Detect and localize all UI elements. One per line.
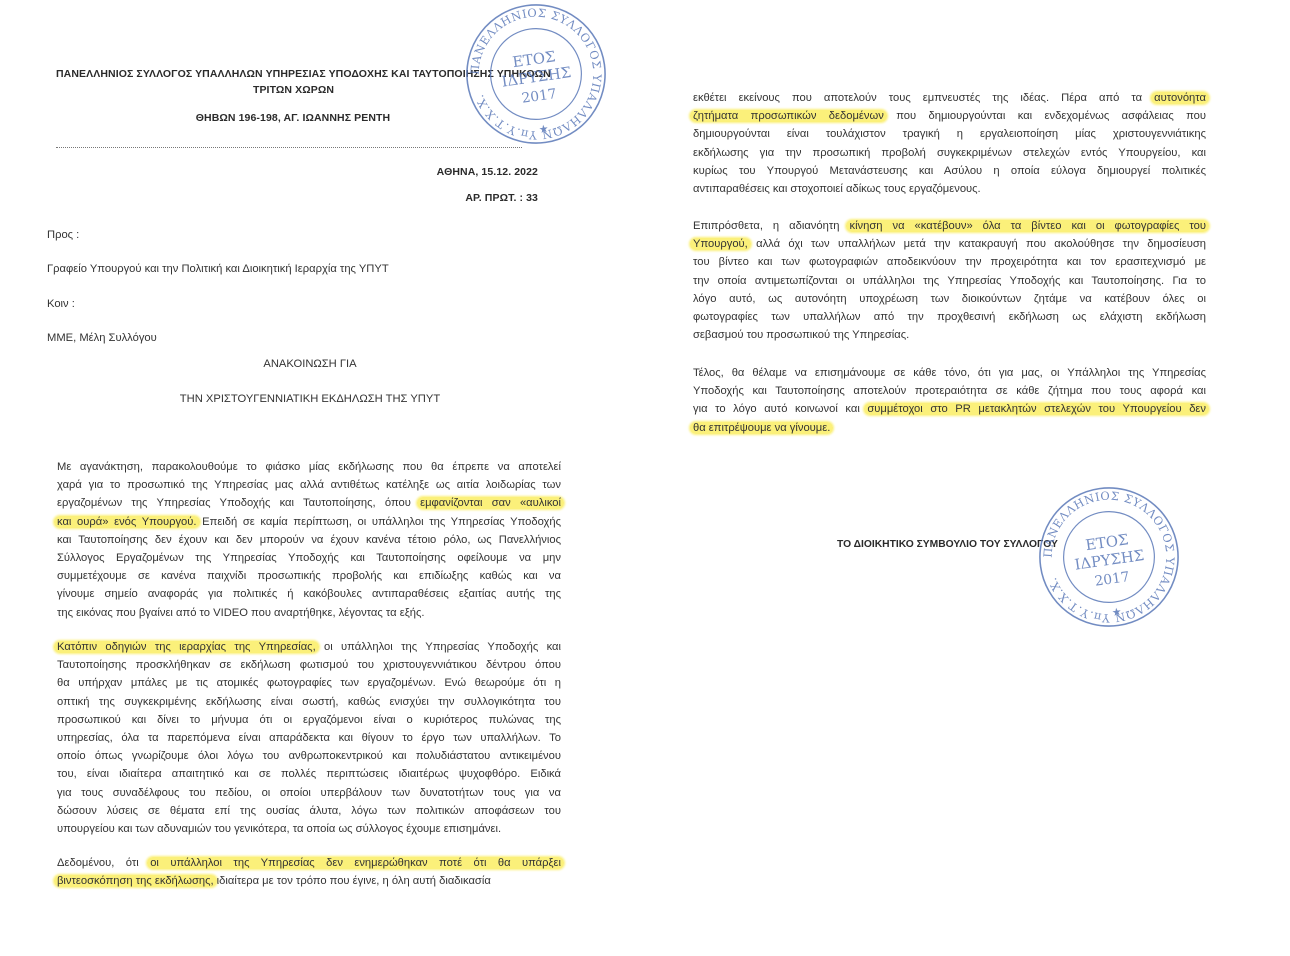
highlighted-text: ζητήματα προσωπικών δεδομένων — [690, 110, 887, 122]
body-paragraph-1: Με αγανάκτηση, παρακολουθούμε το φιάσκο … — [57, 458, 561, 622]
text-line: για τους συναδέλφους του πεδίου, οι οποί… — [57, 784, 561, 802]
text-line: φωτογραφίες των υπαλλήλων από την προχθε… — [693, 308, 1206, 326]
association-stamp: ΠΑΝΕΛΛΗΝΙΟΣ ΣΥΛΛΟΓΟΣ ΥΠΑΛΛΗΛΩΝ Υπ.Υ.Τ.Χ.… — [462, 0, 610, 148]
text-line: Ταυτοποίησης προσκλήθηκαν σε εκδήλωση φω… — [57, 656, 561, 674]
text-line: ζητήματα προσωπικών δεδομένων που δημιου… — [693, 107, 1206, 125]
stamp-icon: ΠΑΝΕΛΛΗΝΙΟΣ ΣΥΛΛΟΓΟΣ ΥΠΑΛΛΗΛΩΝ Υπ.Υ.Τ.Χ.… — [1035, 483, 1183, 631]
text-line: και Ταυτοποίησης δεν έχουν και δεν μπορο… — [57, 531, 561, 549]
body-paragraph-2: Κατόπιν οδηγιών της ιεραρχίας της Υπηρεσ… — [57, 638, 561, 838]
text-line: Υπουργού, αλλά όχι των υπαλλήλων μετά τη… — [693, 235, 1206, 253]
text-line: και ουρά» ενός Υπουργού. Επειδή σε καμία… — [57, 513, 561, 531]
highlighted-text: Κατόπιν οδηγιών της ιεραρχίας της Υπηρεσ… — [54, 641, 319, 653]
text-line: υπηρεσίας, όλα τα παρεπόμενα είναι απαρά… — [57, 729, 561, 747]
text-line: της εικόνας που βγαίνει από το VIDEO που… — [57, 604, 561, 622]
highlighted-text: οι υπάλληλοι της Υπηρεσίας δεν ενημερώθη… — [147, 857, 564, 869]
announcement-subtitle: ΤΗΝ ΧΡΙΣΤΟΥΓΕΝΝΙΑΤΙΚΗ ΕΚΔΗΛΩΣΗ ΤΗΣ ΥΠΥΤ — [0, 393, 620, 405]
to-value: Γραφείο Υπουργού και την Πολιτική και Δι… — [47, 263, 389, 275]
text-line: Με αγανάκτηση, παρακολουθούμε το φιάσκο … — [57, 458, 561, 476]
highlighted-text: αυτονόητα — [1151, 92, 1209, 104]
text-line: θα επιτρέψουμε να γίνουμε. — [693, 419, 1206, 437]
cc-value: ΜΜΕ, Μέλη Συλλόγου — [47, 332, 157, 344]
text-line: αντιπαραθέσεις και στοχοποιεί αδίκως του… — [693, 180, 1206, 198]
page-2: εκθέτει εκείνους που αποτελούν τους εμπν… — [645, 0, 1290, 956]
highlighted-text: κίνηση να «κατέβουν» όλα τα βίντεο και ο… — [846, 220, 1209, 232]
text-line: γίνουμε σημείο αναφοράς για πολιτικές ή … — [57, 585, 561, 603]
svg-text:2017: 2017 — [521, 86, 558, 107]
body-paragraph-6: Τέλος, θα θέλαμε να επισημάνουμε σε κάθε… — [693, 364, 1206, 437]
text-line: υπουργείου και των αδυναμιών του γενικότ… — [57, 820, 561, 838]
text-line: του βίντεο και των φωτογραφιών αποδεικνύ… — [693, 253, 1206, 271]
announcement-title: ΑΝΑΚΟΙΝΩΣΗ ΓΙΑ — [0, 358, 620, 370]
text-line: Επιπρόσθετα, η αδιανόητη κίνηση να «κατέ… — [693, 217, 1206, 235]
highlighted-text: και ουρά» ενός Υπουργού. — [54, 516, 200, 528]
body-paragraph-3: Δεδομένου, ότι οι υπάλληλοι της Υπηρεσία… — [57, 854, 561, 890]
stamp-icon: ΠΑΝΕΛΛΗΝΙΟΣ ΣΥΛΛΟΓΟΣ ΥΠΑΛΛΗΛΩΝ Υπ.Υ.Τ.Χ.… — [462, 0, 610, 148]
text-line: εκδήλωσης για την προσωπική προβολή συγκ… — [693, 144, 1206, 162]
signature-board: ΤΟ ΔΙΟΙΚΗΤΙΚΟ ΣΥΜΒΟΥΛΙΟ ΤΟΥ ΣΥΛΛΟΓΟΥ — [837, 539, 1058, 550]
text-line: δώσουν λύσεις σε θέματα επί της ουσίας ά… — [57, 802, 561, 820]
body-paragraph-4: εκθέτει εκείνους που αποτελούν τους εμπν… — [693, 89, 1206, 198]
cc-label: Κοιν : — [47, 298, 75, 310]
text-line: λόγο αυτό, ως αυτονόητη υποχρέωση των δι… — [693, 290, 1206, 308]
highlighted-text: βιντεοσκόπηση της εκδήλωσης, — [54, 875, 217, 887]
text-line: σεβασμού του προσωπικού της Υπηρεσίας. — [693, 326, 1206, 344]
text-line: Τέλος, θα θέλαμε να επισημάνουμε σε κάθε… — [693, 364, 1206, 382]
text-line: για το λόγο αυτό κοινωνοί και συμμέτοχοι… — [693, 400, 1206, 418]
svg-text:ΙΔΡΥΣΗΣ: ΙΔΡΥΣΗΣ — [501, 64, 573, 91]
highlighted-text: εμφανίζονται σαν «αυλικοί — [417, 497, 564, 509]
letter-date: ΑΘΗΝΑ, 15.12. 2022 — [437, 166, 538, 178]
dotted-divider — [56, 147, 522, 148]
text-line: θα υπήρχαν μπάλες με τις ατομικές φωτογρ… — [57, 674, 561, 692]
svg-text:2017: 2017 — [1094, 569, 1131, 590]
highlighted-text: συμμέτοχοι στο PR μετακλητών στελεχών το… — [864, 403, 1209, 415]
svg-text:ΙΔΡΥΣΗΣ: ΙΔΡΥΣΗΣ — [1074, 547, 1146, 574]
text-line: κυρίως του Υπουργού Μετανάστευσης και Ασ… — [693, 162, 1206, 180]
text-line: δημιουργούνται είναι τουλάχιστον τραγική… — [693, 125, 1206, 143]
text-line: Δεδομένου, ότι οι υπάλληλοι της Υπηρεσία… — [57, 854, 561, 872]
body-paragraph-5: Επιπρόσθετα, η αδιανόητη κίνηση να «κατέ… — [693, 217, 1206, 344]
highlighted-text: Υπουργού, — [690, 238, 751, 250]
association-stamp-signature: ΠΑΝΕΛΛΗΝΙΟΣ ΣΥΛΛΟΓΟΣ ΥΠΑΛΛΗΛΩΝ Υπ.Υ.Τ.Χ.… — [1035, 483, 1183, 631]
text-line: την οποία αντιμετωπίζονται οι υπάλληλοι … — [693, 272, 1206, 290]
protocol-number: ΑΡ. ΠΡΩΤ. : 33 — [465, 192, 538, 204]
page-1: ΠΑΝΕΛΛΗΝΙΟΣ ΣΥΛΛΟΓΟΣ ΥΠΑΛΛΗΛΩΝ ΥΠΗΡΕΣΙΑΣ… — [0, 0, 640, 956]
to-label: Προς : — [47, 229, 79, 241]
text-line: συμμετέχουμε σε κανένα παιχνίδι προσωπικ… — [57, 567, 561, 585]
svg-text:★: ★ — [538, 122, 550, 136]
text-line: Υποδοχής και Ταυτοποίησης αποτελούν προτ… — [693, 382, 1206, 400]
text-line: οπτική της συγκεκριμένης εκδήλωσης είναι… — [57, 693, 561, 711]
text-line: του, είναι ιδιαίτερα απαιτητικό και σε π… — [57, 765, 561, 783]
text-line: βιντεοσκόπηση της εκδήλωσης, ιδιαίτερα μ… — [57, 872, 561, 890]
text-line: χαρά για το προσωπικό της Υπηρεσίας μας … — [57, 476, 561, 494]
text-line: προσωπικού και δίνει το μήνυμα ότι οι ερ… — [57, 711, 561, 729]
text-line: Σύλλογος Εργαζομένων της Υπηρεσίας Υποδο… — [57, 549, 561, 567]
svg-text:★: ★ — [1111, 605, 1123, 619]
text-line: Κατόπιν οδηγιών της ιεραρχίας της Υπηρεσ… — [57, 638, 561, 656]
highlighted-text: θα επιτρέψουμε να γίνουμε. — [690, 422, 833, 434]
text-line: εκθέτει εκείνους που αποτελούν τους εμπν… — [693, 89, 1206, 107]
text-line: οποίο όπως γνωρίζουμε όλοι λόγω του ανθρ… — [57, 747, 561, 765]
text-line: εργαζομένων της Υπηρεσίας Υποδοχής και Τ… — [57, 494, 561, 512]
